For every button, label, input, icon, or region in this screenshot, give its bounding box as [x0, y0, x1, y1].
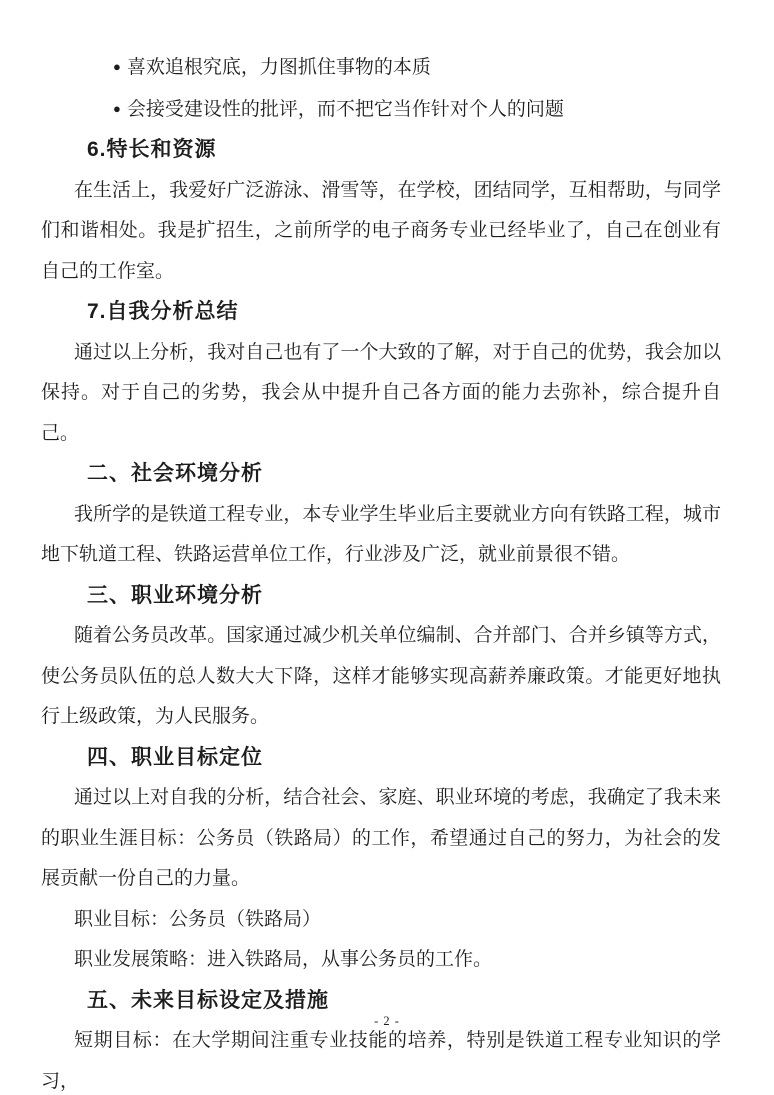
document-page: ●喜欢追根究底，力图抓住事物的本质 ●会接受建设性的批评，而不把它当作针对个人的…	[0, 0, 774, 1095]
paragraph-short-term-goal: 短期目标：在大学期间注重专业技能的培养，特别是铁道工程专业知识的学习，	[41, 1021, 721, 1095]
section-heading-strengths-resources: 6.特长和资源	[87, 130, 721, 171]
paragraph: 通过以上对自我的分析，结合社会、家庭、职业环境的考虑，我确定了我未来的职业生涯目…	[41, 778, 721, 900]
paragraph: 通过以上分析，我对自己也有了一个大致的了解，对于自己的优势，我会加以保持。对于自…	[41, 333, 721, 455]
paragraph-career-strategy: 职业发展策略：进入铁路局，从事公务员的工作。	[41, 940, 721, 981]
bullet-text: 喜欢追根究底，力图抓住事物的本质	[127, 57, 431, 78]
section-heading-social-environment: 二、社会环境分析	[87, 454, 721, 495]
paragraph: 我所学的是铁道工程专业，本专业学生毕业后主要就业方向有铁路工程，城市地下轨道工程…	[41, 495, 721, 576]
bullet-icon: ●	[113, 47, 121, 88]
section-heading-career-environment: 三、职业环境分析	[87, 576, 721, 617]
bullet-text: 会接受建设性的批评，而不把它当作针对个人的问题	[127, 99, 564, 120]
bullet-icon: ●	[113, 89, 121, 130]
section-heading-career-goal-positioning: 四、职业目标定位	[87, 738, 721, 779]
paragraph: 在生活上，我爱好广泛游泳、滑雪等，在学校，团结同学，互相帮助，与同学们和谐相处。…	[41, 171, 721, 293]
list-item: ●喜欢追根究底，力图抓住事物的本质	[41, 47, 721, 89]
page-number: - 2 -	[0, 1014, 774, 1028]
paragraph-career-goal: 职业目标：公务员（铁路局）	[41, 900, 721, 941]
section-heading-self-analysis-summary: 7.自我分析总结	[87, 292, 721, 333]
list-item: ●会接受建设性的批评，而不把它当作针对个人的问题	[41, 89, 721, 131]
paragraph: 随着公务员改革。国家通过减少机关单位编制、合并部门、合并乡镇等方式，使公务员队伍…	[41, 616, 721, 738]
